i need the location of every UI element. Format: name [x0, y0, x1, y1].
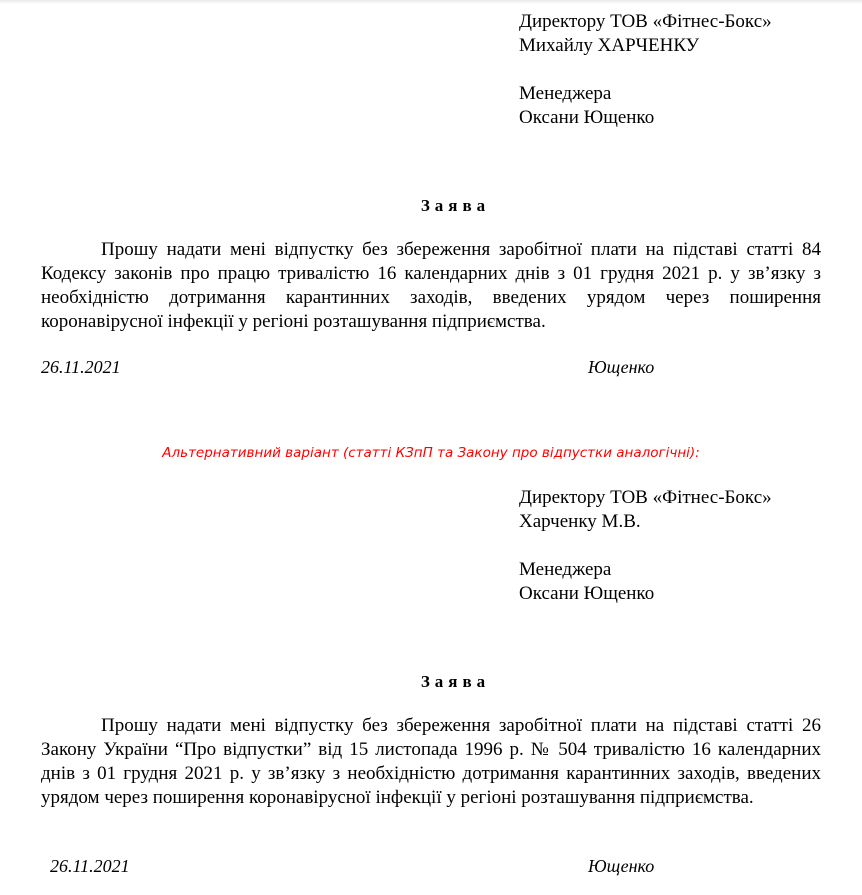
- alternative-variant-note: Альтернативний варіант (статті КЗпП та З…: [0, 443, 862, 463]
- sender-name: Оксани Ющенко: [519, 582, 772, 606]
- sender-position: Менеджера: [519, 82, 772, 106]
- page-top-edge: [0, 0, 862, 4]
- spacer: [519, 534, 772, 558]
- addressee-name: Харченку М.В.: [519, 510, 772, 534]
- statement-date-1: 26.11.2021: [41, 355, 121, 379]
- statement-body-1: Прошу надати мені відпустку без збережен…: [41, 238, 821, 334]
- sender-name: Оксани Ющенко: [519, 106, 772, 130]
- addressee-block-1: Директору ТОВ «Фітнес-Бокс» Михайлу ХАРЧ…: [519, 10, 772, 130]
- statement-signature-1: Ющенко: [588, 355, 654, 379]
- spacer: [519, 58, 772, 82]
- statement-body-2: Прошу надати мені відпустку без збережен…: [41, 714, 821, 810]
- statement-signature-2: Ющенко: [588, 854, 654, 878]
- addressee-block-2: Директору ТОВ «Фітнес-Бокс» Харченку М.В…: [519, 486, 772, 606]
- addressee-position: Директору ТОВ «Фітнес-Бокс»: [519, 10, 772, 34]
- addressee-position: Директору ТОВ «Фітнес-Бокс»: [519, 486, 772, 510]
- addressee-name: Михайлу ХАРЧЕНКУ: [519, 34, 772, 58]
- statement-date-2: 26.11.2021: [50, 854, 130, 878]
- sender-position: Менеджера: [519, 558, 772, 582]
- statement-paragraph: Прошу надати мені відпустку без збережен…: [41, 714, 821, 810]
- statement-title-2: Заява: [0, 670, 862, 694]
- statement-title-1: Заява: [0, 194, 862, 218]
- statement-paragraph: Прошу надати мені відпустку без збережен…: [41, 238, 821, 334]
